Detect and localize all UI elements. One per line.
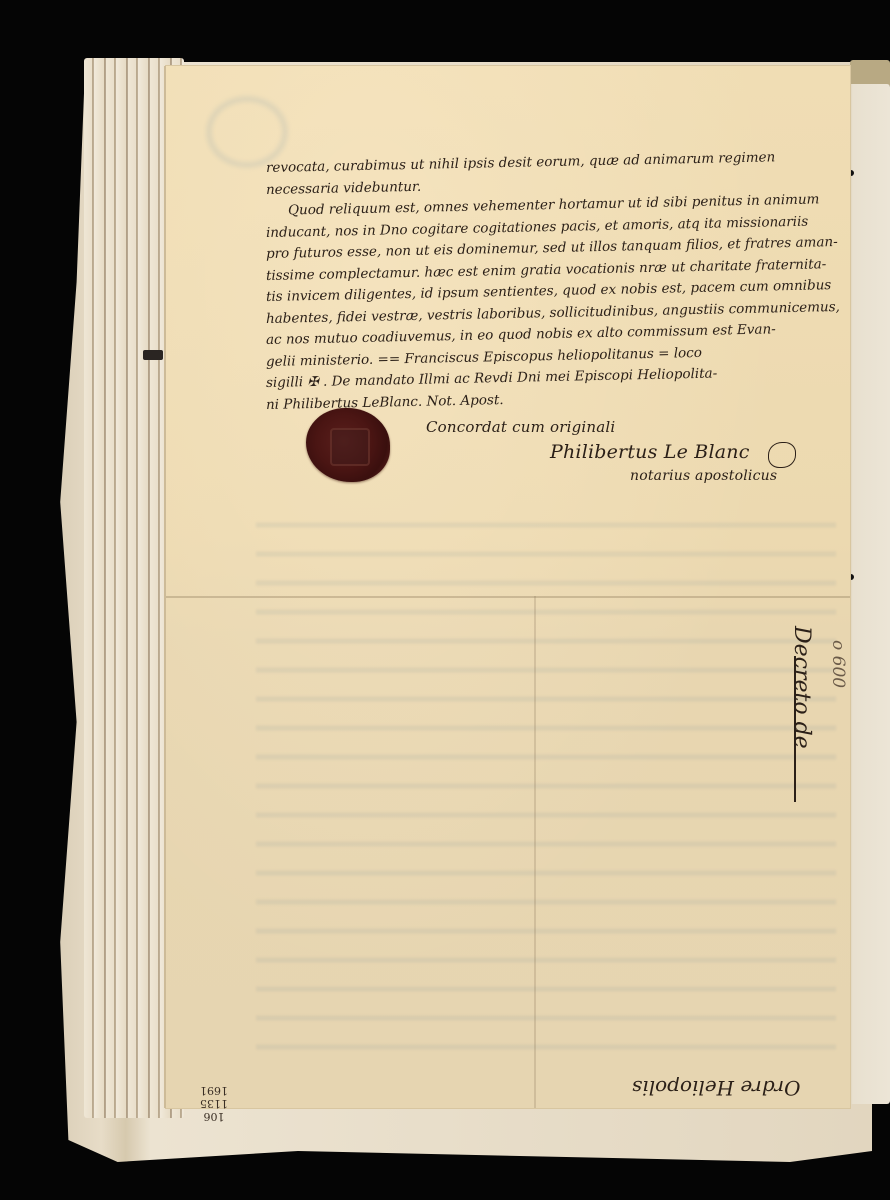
archive-numbers: 106 1135 1691 — [200, 1084, 228, 1123]
vertical-fold — [534, 596, 536, 1108]
margin-note: Decreto de — [789, 626, 814, 749]
paraph-flourish-icon — [768, 442, 796, 468]
horizontal-fold — [166, 596, 850, 598]
archive-number: 1691 — [200, 1084, 228, 1097]
notary-signature: Philibertus Le Blanc — [550, 441, 750, 463]
body-text: revocata, curabimus ut nihil ipsis desit… — [266, 158, 836, 416]
binding-thread-mark — [143, 350, 163, 360]
margin-note-secondary: o 600 — [828, 640, 848, 688]
facing-page — [846, 84, 890, 1104]
notary-title: notarius apostolicus — [630, 468, 777, 484]
concordat-line: Concordat cum originali — [426, 418, 615, 436]
manuscript-page: revocata, curabimus ut nihil ipsis desit… — [166, 66, 850, 1108]
bleed-through-text — [256, 506, 836, 1066]
inverted-endorsement: Ordre Heliopolis — [632, 1076, 801, 1100]
archive-number: 1135 — [200, 1097, 228, 1110]
seal-emblem — [330, 428, 370, 466]
wax-seal — [306, 408, 390, 482]
archive-number: 106 — [200, 1110, 228, 1123]
